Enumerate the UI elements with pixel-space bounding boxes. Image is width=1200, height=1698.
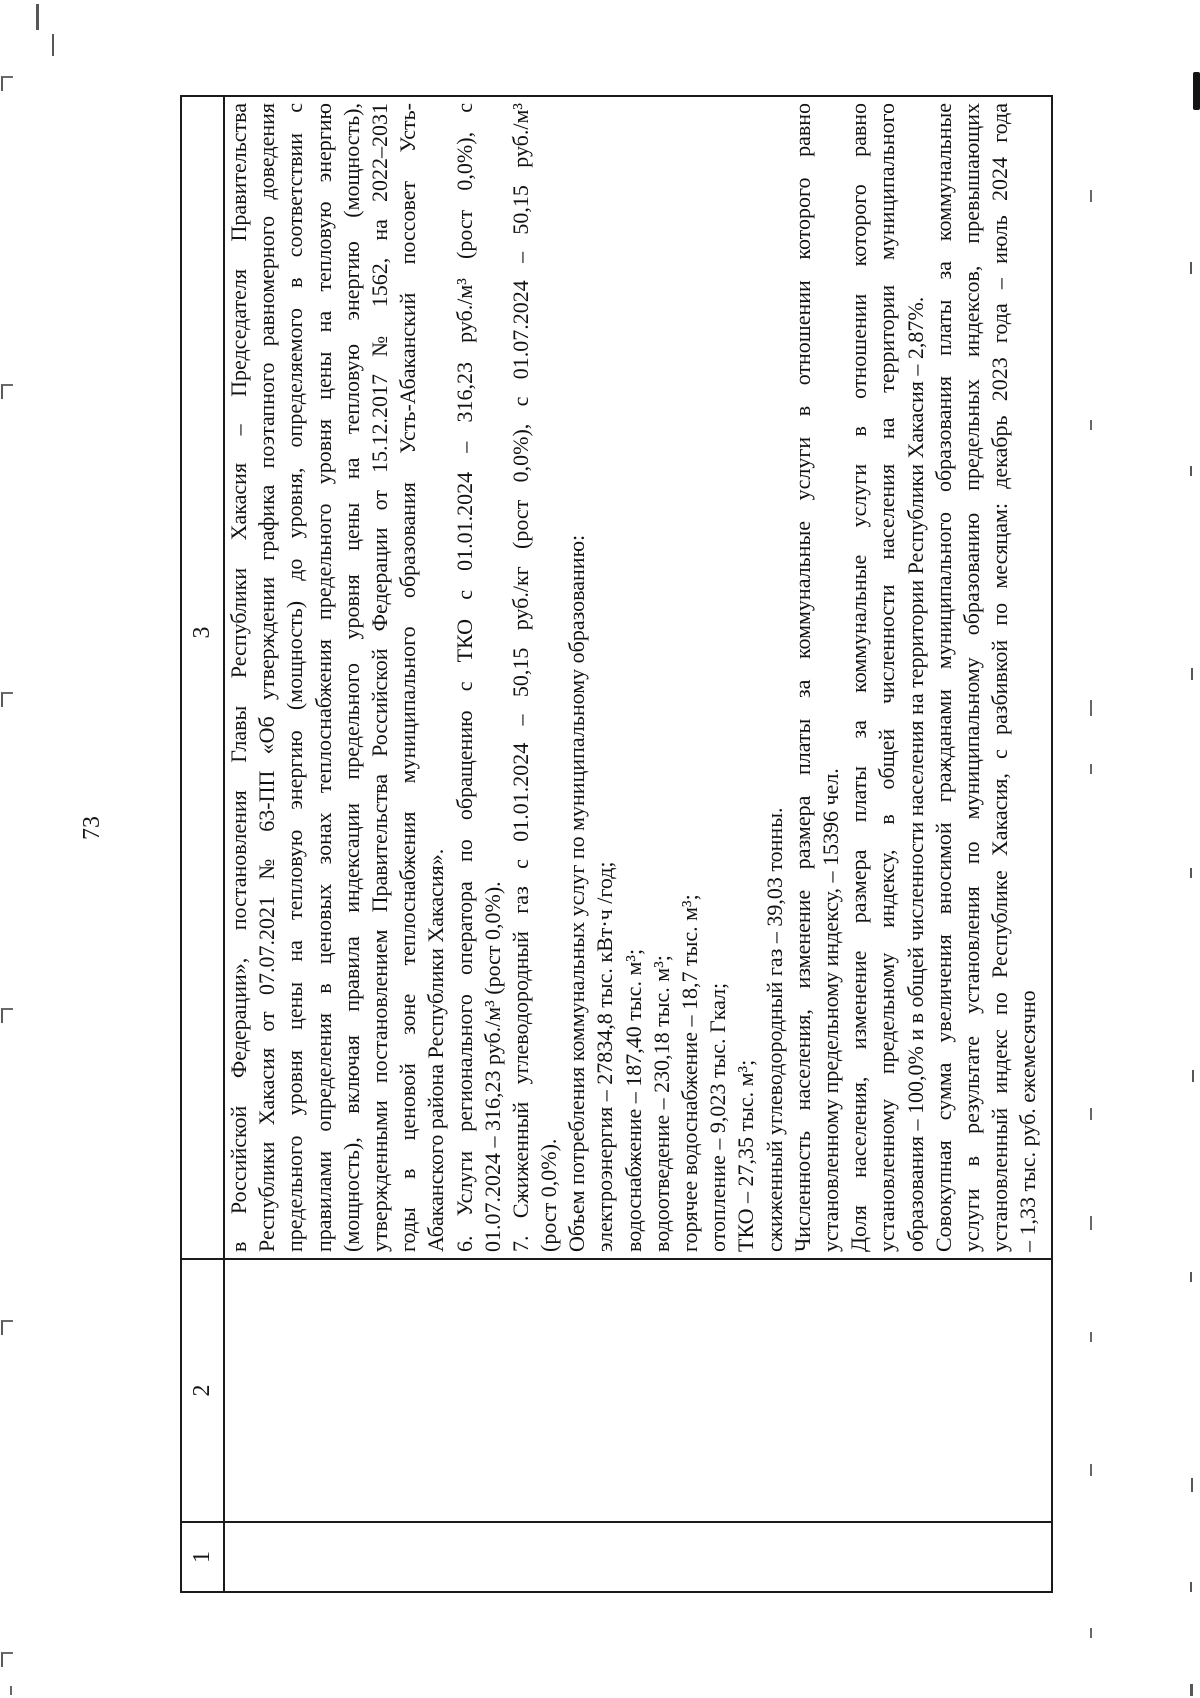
text-line-4: правилами определения в ценовых зонах те… xyxy=(310,103,338,1252)
text-line-22: установленному предельному индексу, – 15… xyxy=(817,103,845,1252)
scan-mark xyxy=(1190,1582,1192,1592)
text-line-3: предельного уровня цены на тепловую энер… xyxy=(281,103,309,1252)
scan-mark xyxy=(1090,764,1092,774)
text-line-26: Совокупная сумма увеличения вносимой гра… xyxy=(930,103,958,1252)
scan-mark xyxy=(1190,868,1192,878)
page-number: 73 xyxy=(76,800,108,856)
text-line-1: в Российской Федерации», постановления Г… xyxy=(225,103,253,1252)
text-line-5: (мощность), включая правила индексации п… xyxy=(338,103,366,1252)
text-line-20: сжиженный углеводородный газ – 39,03 тон… xyxy=(761,103,789,1252)
scan-mark xyxy=(10,1686,12,1695)
scan-blotch xyxy=(1193,72,1200,110)
text-line-27: услуги в результате установления по муни… xyxy=(958,103,986,1252)
scan-mark xyxy=(52,34,54,56)
scan-mark xyxy=(1191,1478,1193,1492)
text-line-6: утвержденными постановлением Правительст… xyxy=(366,103,394,1252)
text-line-16: водоотведение – 230,18 тыс. м³; xyxy=(648,103,676,1252)
scan-mark xyxy=(1,692,13,707)
scan-mark xyxy=(1090,190,1092,202)
text-line-10: 01.07.2024 – 316,23 руб./м³ (рост 0,0%). xyxy=(479,103,507,1252)
scan-mark xyxy=(1192,1070,1194,1082)
text-line-29: – 1,33 тыс. руб. ежемесячно xyxy=(1014,103,1042,1252)
scan-mark xyxy=(1190,262,1192,274)
scan-mark xyxy=(1190,466,1192,476)
scan-mark xyxy=(1090,1332,1092,1342)
text-line-28: установленный индекс по Республике Хакас… xyxy=(986,103,1014,1252)
text-line-25: образования – 100,0% и в общей численнос… xyxy=(902,103,930,1252)
scan-mark xyxy=(1,1320,13,1335)
scan-mark xyxy=(1090,700,1092,716)
text-line-24: установленному предельному индексу, в об… xyxy=(873,103,901,1252)
scan-mark xyxy=(1,76,13,91)
text-line-7: годы в ценовой зоне теплоснабжения муниц… xyxy=(394,103,422,1252)
scan-mark xyxy=(1090,420,1092,430)
scan-mark xyxy=(1,1008,13,1023)
table-gridline-col1 xyxy=(182,1521,1051,1523)
text-line-8: Абаканского района Республики Хакасия». xyxy=(422,103,450,1252)
document-text-block: в Российской Федерации», постановления Г… xyxy=(225,103,1042,1252)
text-line-19: ТКО – 27,35 тыс. м³; xyxy=(732,103,760,1252)
document-table: 1 2 3 в Российской Федерации», постановл… xyxy=(180,95,1053,1593)
scan-mark xyxy=(1090,1108,1092,1120)
text-line-23: Доля населения, изменение размера платы … xyxy=(845,103,873,1252)
scan-mark xyxy=(1191,668,1193,680)
column-header-3: 3 xyxy=(182,52,223,1213)
text-line-21: Численность населения, изменение размера… xyxy=(789,103,817,1252)
text-line-14: электроэнергия – 27834,8 тыс. кВт·ч /год… xyxy=(591,103,619,1252)
scan-mark xyxy=(1190,1684,1193,1696)
scanned-page: 73 1 2 3 в Российской Федерации», постан… xyxy=(0,0,1200,1698)
rotated-document: 73 1 2 3 в Российской Федерации», постан… xyxy=(70,95,1053,1593)
text-line-11: 7. Сжиженный углеводородный газ с 01.01.… xyxy=(507,103,535,1252)
text-line-13: Объем потребления коммунальных услуг по … xyxy=(563,103,591,1252)
text-line-9: 6. Услуги регионального оператора по обр… xyxy=(451,103,479,1252)
table-gridline-col2 xyxy=(182,1258,1051,1260)
text-line-12: (рост 0,0%). xyxy=(535,103,563,1252)
text-line-2: Республики Хакасия от 07.07.2021 № 63-ПП… xyxy=(253,103,281,1252)
scan-mark xyxy=(1090,1628,1092,1638)
scan-mark xyxy=(1190,1272,1192,1282)
text-line-17: горячее водоснабжение – 18,7 тыс. м³; xyxy=(676,103,704,1252)
scan-mark xyxy=(1,1652,13,1667)
text-line-15: водоснабжение – 187,40 тыс. м³; xyxy=(620,103,648,1252)
column-header-1: 1 xyxy=(182,1523,223,1591)
text-line-18: отопление – 9,023 тыс. Гкал; xyxy=(704,103,732,1252)
column-header-2: 2 xyxy=(182,1260,223,1521)
scan-mark xyxy=(36,4,39,30)
scan-mark xyxy=(1,384,13,399)
scan-mark xyxy=(1090,1464,1092,1476)
scan-mark xyxy=(1090,1216,1092,1230)
